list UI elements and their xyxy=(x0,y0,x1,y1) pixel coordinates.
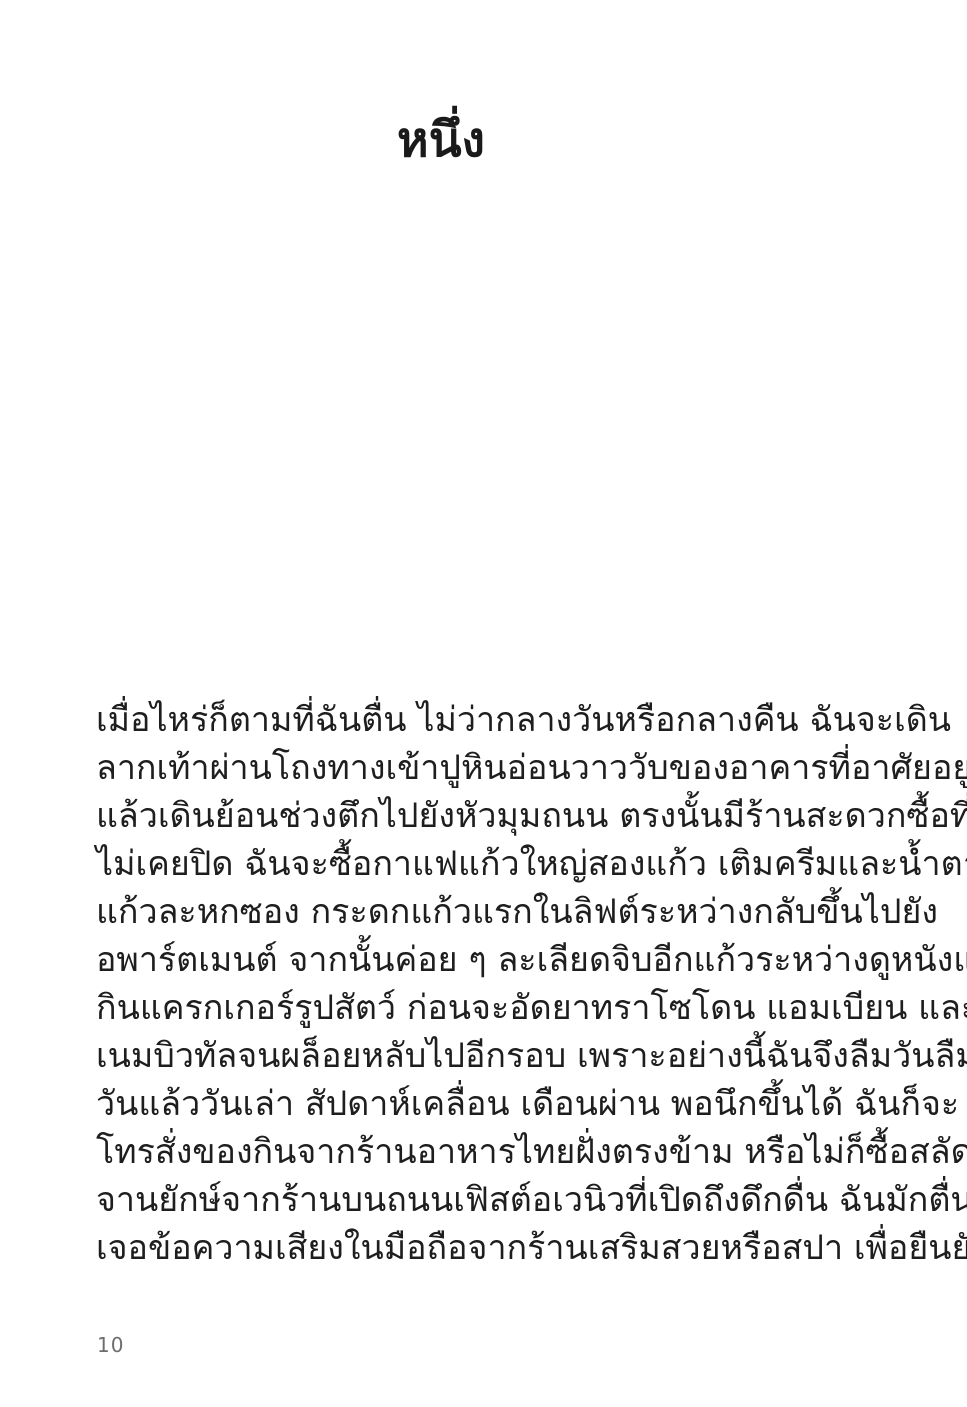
paragraph-line: วันแล้ววันเล่า สัปดาห์เคลื่อน เดือนผ่าน … xyxy=(96,1080,786,1128)
paragraph-line: กินแครกเกอร์รูปสัตว์ ก่อนจะอัดยาทราโซโดน… xyxy=(96,984,786,1032)
paragraph-line: จานยักษ์จากร้านบนถนนเฟิสต์อเวนิวที่เปิดถ… xyxy=(96,1176,786,1224)
paragraph-line: อพาร์ตเมนต์ จากนั้นค่อย ๆ ละเลียดจิบอีกแ… xyxy=(96,936,786,984)
book-page: หนึ่ง เมื่อไหร่ก็ตามที่ฉันตื่น ไม่ว่ากลา… xyxy=(0,0,967,1407)
chapter-title: หนึ่ง xyxy=(96,104,786,176)
page-number: 10 xyxy=(97,1331,124,1359)
paragraph-line: เมื่อไหร่ก็ตามที่ฉันตื่น ไม่ว่ากลางวันหร… xyxy=(96,696,786,744)
paragraph-line: ไม่เคยปิด ฉันจะซื้อกาแฟแก้วใหญ่สองแก้ว เ… xyxy=(96,840,786,888)
paragraph-line: เนมบิวทัลจนผล็อยหลับไปอีกรอบ เพราะอย่างน… xyxy=(96,1032,786,1080)
paragraph-line: โทรสั่งของกินจากร้านอาหารไทยฝั่งตรงข้าม … xyxy=(96,1128,786,1176)
paragraph-line: ลากเท้าผ่านโถงทางเข้าปูหินอ่อนวาววับของอ… xyxy=(96,744,786,792)
paragraph-line: เจอข้อความเสียงในมือถือจากร้านเสริมสวยหร… xyxy=(96,1224,786,1272)
paragraph-line: แก้วละหกซอง กระดกแก้วแรกในลิฟต์ระหว่างกล… xyxy=(96,888,786,936)
body-paragraph: เมื่อไหร่ก็ตามที่ฉันตื่น ไม่ว่ากลางวันหร… xyxy=(96,696,786,1272)
paragraph-line: แล้วเดินย้อนช่วงตึกไปยังหัวมุมถนน ตรงนั้… xyxy=(96,792,786,840)
